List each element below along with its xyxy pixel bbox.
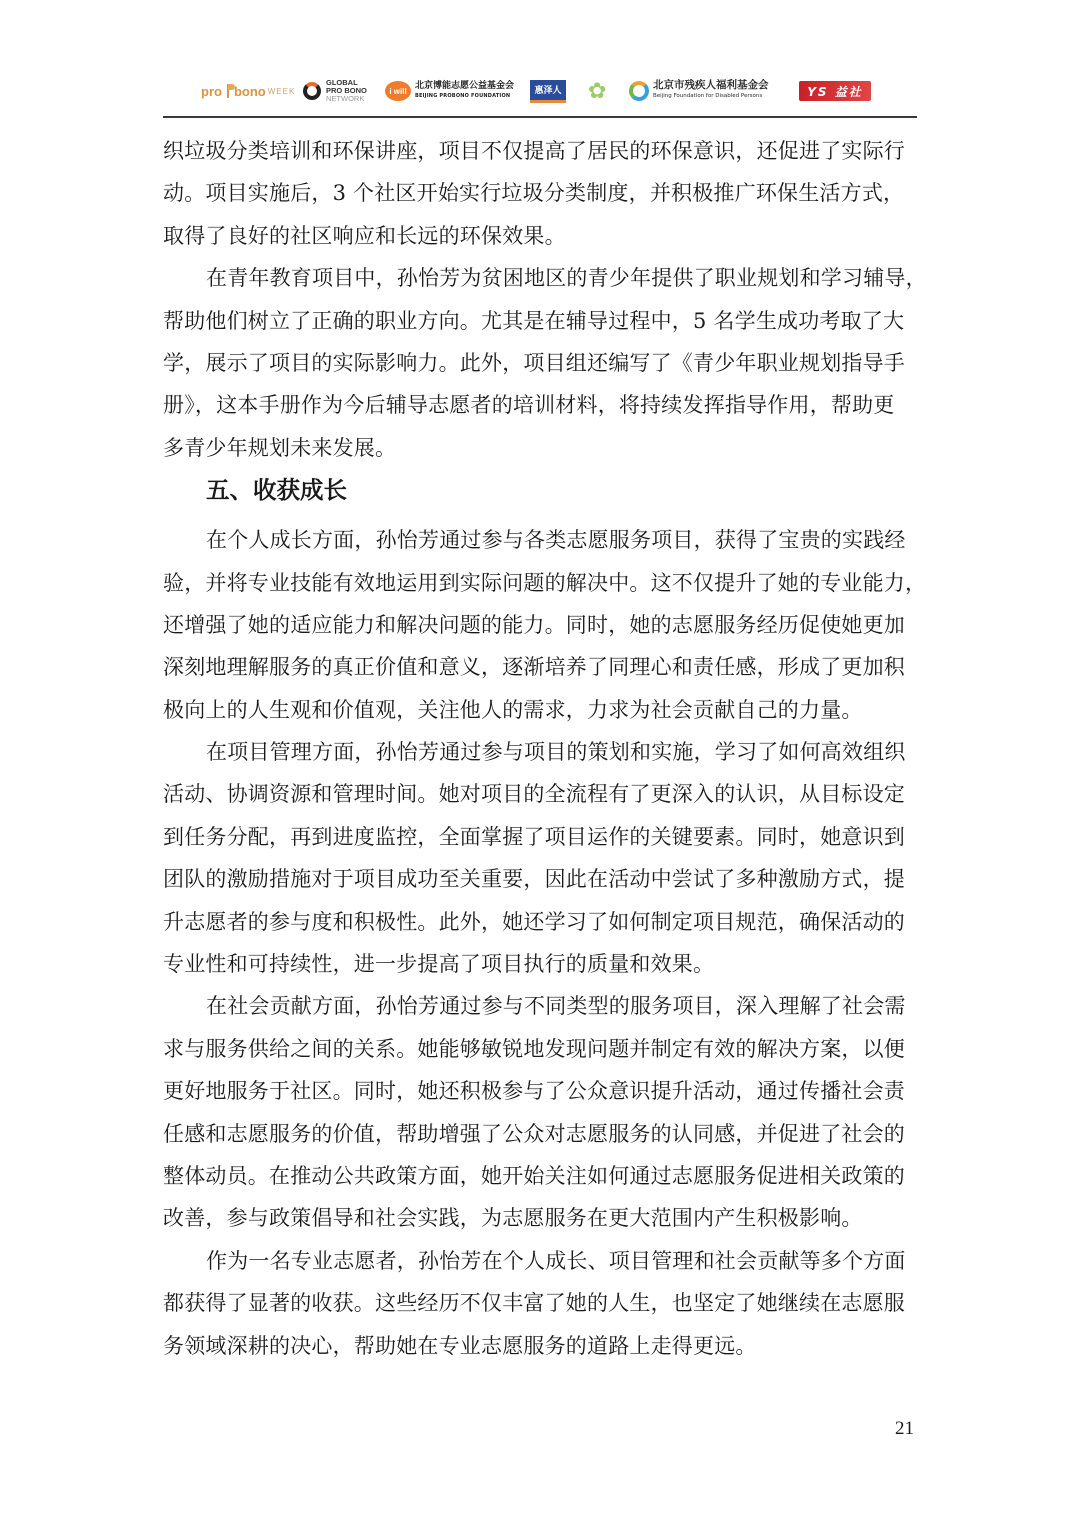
logo-text: pro (201, 84, 222, 99)
text-line: 取得了良好的社区响应和长远的环保效果。 (163, 215, 919, 257)
figure-icon: ✿ (588, 79, 606, 104)
text-line: 专业性和可持续性，进一步提高了项目执行的质量和效果。 (163, 943, 919, 985)
huize-ren-logo: 惠泽人 (530, 74, 566, 108)
text-line: 在社会贡献方面，孙怡芳通过参与不同类型的服务项目，深入理解了社会需 (163, 985, 919, 1027)
logo-cn: 北京市残疾人福利基金会 (653, 80, 769, 91)
beijing-probono-foundation-logo: i will 北京博能志愿公益基金会 BEIJING PROBONO FOUND… (385, 74, 514, 108)
text-line: 升志愿者的参与度和积极性。此外，她还学习了如何制定项目规范，确保活动的 (163, 901, 919, 943)
iwill-badge-icon: i will (385, 81, 411, 101)
text-line: 在青年教育项目中，孙怡芳为贫困地区的青少年提供了职业规划和学习辅导， (163, 257, 919, 299)
beijing-foundation-disabled-logo: 北京市残疾人福利基金会 Beijing Foundation for Disab… (629, 74, 769, 108)
text-line: 活动、协调资源和管理时间。她对项目的全流程有了更深入的认识，从目标设定 (163, 773, 919, 815)
paragraph-1: 织垃圾分类培训和环保讲座，项目不仅提高了居民的环保意识，还促进了实际行 动。项目… (163, 130, 919, 257)
text-line: 验，并将专业技能有效地运用到实际问题的解决中。这不仅提升了她的专业能力， (163, 562, 919, 604)
text-line: 到任务分配，再到进度监控，全面掌握了项目运作的关键要素。同时，她意识到 (163, 816, 919, 858)
text-line: 团队的激励措施对于项目成功至关重要，因此在活动中尝试了多种激励方式，提 (163, 858, 919, 900)
logo-text: bono (234, 84, 266, 99)
green-figure-logo: ✿ (588, 74, 606, 108)
paragraph-6: 作为一名专业志愿者，孙怡芳在个人成长、项目管理和社会贡献等多个方面 都获得了显著… (163, 1240, 919, 1367)
text-line: 在个人成长方面，孙怡芳通过参与各类志愿服务项目，获得了宝贵的实践经 (163, 519, 919, 561)
document-body: 织垃圾分类培训和环保讲座，项目不仅提高了居民的环保意识，还促进了实际行 动。项目… (163, 130, 919, 1367)
text-line: 作为一名专业志愿者，孙怡芳在个人成长、项目管理和社会贡献等多个方面 (163, 1240, 919, 1282)
global-pro-bono-network-logo: GLOBAL PRO BONO NETWORK (303, 74, 367, 108)
text-line: 帮助他们树立了正确的职业方向。尤其是在辅导过程中，5 名学生成功考取了大 (163, 300, 919, 342)
logo-en: BEIJING PROBONO FOUNDATION (415, 91, 514, 101)
paragraph-4: 在项目管理方面，孙怡芳通过参与项目的策划和实施，学习了如何高效组织 活动、协调资… (163, 731, 919, 985)
text-line: 更好地服务于社区。同时，她还积极参与了公众意识提升活动，通过传播社会责 (163, 1070, 919, 1112)
text-line: 极向上的人生观和价值观，关注他人的需求，力求为社会贡献自己的力量。 (163, 689, 919, 731)
logo-text: GLOBAL PRO BONO NETWORK (326, 79, 367, 103)
flag-icon (224, 84, 232, 98)
section-heading: 五、收获成长 (163, 469, 919, 511)
text-line: 还增强了她的适应能力和解决问题的能力。同时，她的志愿服务经历促使她更加 (163, 604, 919, 646)
text-line: 改善，参与政策倡导和社会实践，为志愿服务在更大范围内产生积极影响。 (163, 1197, 919, 1239)
ys-yishe-logo: YS 益社 (799, 74, 871, 108)
text-line: 在项目管理方面，孙怡芳通过参与项目的策划和实施，学习了如何高效组织 (163, 731, 919, 773)
text-line: 深刻地理解服务的真正价值和意义，逐渐培养了同理心和责任感，形成了更加积 (163, 646, 919, 688)
text-line: 整体动员。在推动公共政策方面，她开始关注如何通过志愿服务促进相关政策的 (163, 1155, 919, 1197)
ring-icon (303, 82, 321, 100)
logo-text: 惠泽人 (530, 80, 566, 103)
logo-cn: 北京博能志愿公益基金会 (415, 81, 514, 91)
logo-suffix: WEEK (268, 87, 296, 96)
paragraph-3: 在个人成长方面，孙怡芳通过参与各类志愿服务项目，获得了宝贵的实践经 验，并将专业… (163, 519, 919, 731)
text-line: 学，展示了项目的实际影响力。此外，项目组还编写了《青少年职业规划指导手 (163, 342, 919, 384)
pro-bono-week-logo: pro bono WEEK (201, 74, 295, 108)
paragraph-5: 在社会贡献方面，孙怡芳通过参与不同类型的服务项目，深入理解了社会需 求与服务供给… (163, 985, 919, 1239)
page-number: 21 (895, 1418, 914, 1440)
text-line: 务领域深耕的决心，帮助她在专业志愿服务的道路上走得更远。 (163, 1325, 919, 1367)
text-line: 册》，这本手册作为今后辅导志愿者的培训材料，将持续发挥指导作用，帮助更 (163, 384, 919, 426)
text-line: 动。项目实施后，3 个社区开始实行垃圾分类制度，并积极推广环保生活方式， (163, 172, 919, 214)
text-line: 都获得了显著的收获。这些经历不仅丰富了她的人生，也坚定了她继续在志愿服 (163, 1282, 919, 1324)
text-line: 任感和志愿服务的价值，帮助增强了公众对志愿服务的认同感，并促进了社会的 (163, 1113, 919, 1155)
header-divider (163, 116, 917, 118)
paragraph-2: 在青年教育项目中，孙怡芳为贫困地区的青少年提供了职业规划和学习辅导， 帮助他们树… (163, 257, 919, 469)
logo-text: 北京市残疾人福利基金会 Beijing Foundation for Disab… (653, 80, 769, 102)
logo-text: YS 益社 (799, 81, 871, 101)
text-line: 求与服务供给之间的关系。她能够敏锐地发现问题并制定有效的解决方案，以便 (163, 1028, 919, 1070)
logo-line: NETWORK (326, 95, 367, 103)
logo-en: Beijing Foundation for Disabled Persons (653, 91, 769, 102)
header-logo-bar: pro bono WEEK GLOBAL PRO BONO NETWORK i … (163, 74, 917, 110)
emblem-icon (629, 81, 649, 101)
text-line: 多青少年规划未来发展。 (163, 427, 919, 469)
logo-text: 北京博能志愿公益基金会 BEIJING PROBONO FOUNDATION (415, 81, 514, 101)
text-line: 织垃圾分类培训和环保讲座，项目不仅提高了居民的环保意识，还促进了实际行 (163, 130, 919, 172)
